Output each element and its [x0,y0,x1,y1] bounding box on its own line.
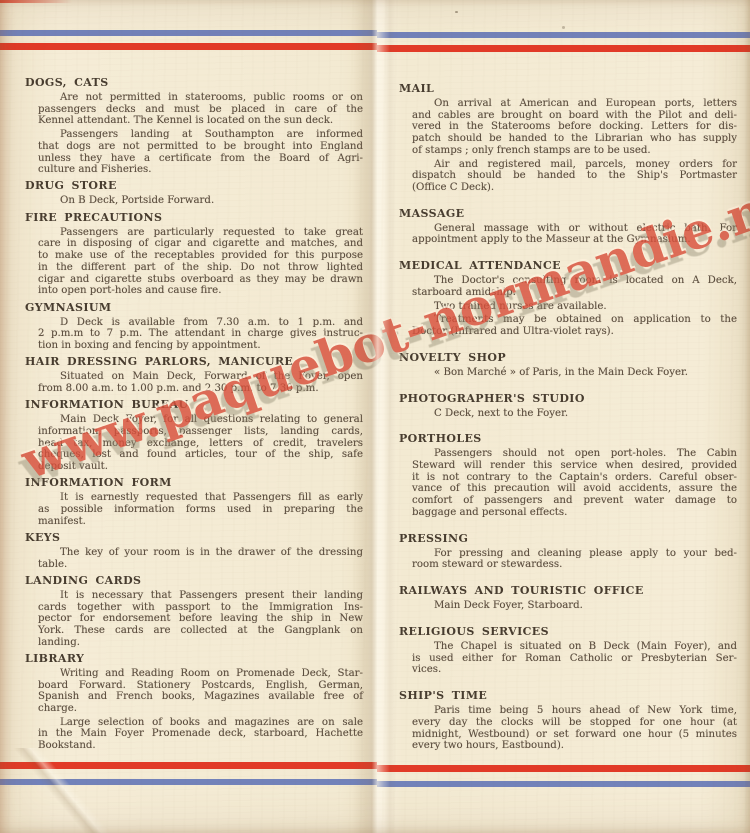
text-line: unless they have a certificate from the … [38,153,363,165]
paragraph: It is necessary that Passengers present … [38,590,363,649]
section-library: LIBRARYWriting and Reading Room on Prome… [25,652,363,752]
text-line: Large selection of books and magazines a… [38,717,363,729]
text-line: patch should be handed to the Librarian … [412,133,737,145]
section-heading: SHIP'S TIME [399,689,737,702]
section-heading: MAIL [399,82,737,95]
text-line: dispatch should be handed to the Ship's … [412,170,737,182]
text-line: in the different part of the ship. Do no… [38,262,363,274]
text-line: « Bon Marché » of Paris, in the Main Dec… [412,367,737,379]
scanned-brochure-page: DOGS, CATSAre not permitted in stateroom… [0,0,750,833]
section-dogs-cats: DOGS, CATSAre not permitted in stateroom… [25,76,363,176]
section-photographer-s-studio: PHOTOGRAPHER'S STUDIOC Deck, next to the… [399,392,737,420]
paragraph: Large selection of books and magazines a… [38,717,363,752]
section-heading: PHOTOGRAPHER'S STUDIO [399,392,737,405]
paragraph: The key of your room is in the drawer of… [38,547,363,570]
paragraph: Passengers are particularly requested to… [38,227,363,297]
paragraph: Passengers landing at Southampton are in… [38,129,363,176]
top-stripe-blue-right [377,32,750,38]
text-line: it is not contrary to the Captain's orde… [412,472,737,484]
text-line: Main Deck Foyer, Starboard. [412,600,737,612]
text-line: For pressing and cleaning please apply t… [412,548,737,560]
text-line: C Deck, next to the Foyer. [412,408,737,420]
paragraph: On B Deck, Portside Forward. [38,195,363,207]
section-heading: RELIGIOUS SERVICES [399,625,737,638]
text-line: Writing and Reading Room on Promenade De… [38,668,363,680]
section-heading: PORTHOLES [399,432,737,445]
section-heading: DRUG STORE [25,179,363,192]
text-line: midnight, Westbound) or set forward one … [412,729,737,741]
section-railways-and-touristic-office: RAILWAYS AND TOURISTIC OFFICEMain Deck F… [399,584,737,612]
text-line: vered in the Staterooms before docking. … [412,121,737,133]
text-line: room steward or stewardess. [412,559,737,571]
text-line: baggage and personal effects. [412,507,737,519]
text-line: Air and registered mail, parcels, money … [412,159,737,171]
top-stripe-blue-left [0,30,377,36]
text-line: It is earnestly requested that Passenger… [38,492,363,504]
section-heading: DOGS, CATS [25,76,363,89]
bottom-stripe-blue-right [377,781,750,787]
paragraph: « Bon Marché » of Paris, in the Main Dec… [412,367,737,379]
text-line: of stamps ; only french stamps are to be… [412,145,737,157]
text-line: Are not permitted in staterooms, public … [38,92,363,104]
text-line: passengers decks and must be placed in c… [38,104,363,116]
text-line: Passengers should not open port-holes. T… [412,448,737,460]
text-line: table. [38,559,363,571]
text-line: Spanish and French books, Magazines avai… [38,691,363,703]
text-line: is used either for Roman Catholic or Pre… [412,653,737,665]
section-novelty-shop: NOVELTY SHOP« Bon Marché » of Paris, in … [399,351,737,379]
paragraph: Paris time being 5 hours ahead of New Yo… [412,705,737,752]
paragraph: Are not permitted in staterooms, public … [38,92,363,127]
text-line: The key of your room is in the drawer of… [38,547,363,559]
bottom-stripe-red-left [0,762,377,769]
section-heading: NOVELTY SHOP [399,351,737,364]
text-line: Passengers are particularly requested to… [38,227,363,239]
text-line: culture and Fisheries. [38,164,363,176]
text-line: vance of this precaution will avoid acci… [412,483,737,495]
text-line: D Deck is available from 7.30 a.m. to 1 … [38,317,363,329]
bottom-stripe-blue-left [0,779,377,785]
text-line: Paris time being 5 hours ahead of New Yo… [412,705,737,717]
section-pressing: PRESSINGFor pressing and cleaning please… [399,532,737,571]
text-line: that dogs are not permitted to be brough… [38,141,363,153]
section-ship-s-time: SHIP'S TIMEParis time being 5 hours ahea… [399,689,737,752]
text-line: pector for endorsement before leaving th… [38,613,363,625]
text-line: On arrival at American and European port… [412,98,737,110]
text-line: manifest. [38,516,363,528]
column-right: MAILOn arrival at American and European … [399,76,737,752]
section-heading: GYMNASIUM [25,301,363,314]
text-line: board Forward. Stationery Postcards, Eng… [38,680,363,692]
section-heading: LIBRARY [25,652,363,665]
text-line: Bookstand. [38,740,363,752]
section-heading: PRESSING [399,532,737,545]
text-line: care in disposing of cigar and cigarette… [38,238,363,250]
section-heading: LANDING CARDS [25,574,363,587]
top-stripe-red-right [377,45,750,52]
paragraph: Air and registered mail, parcels, money … [412,159,737,194]
paragraph: Main Deck Foyer, Starboard. [412,600,737,612]
section-heading: INFORMATION FORM [25,476,363,489]
section-heading: KEYS [25,531,363,544]
paragraph: Passengers should not open port-holes. T… [412,448,737,518]
section-keys: KEYSThe key of your room is in the drawe… [25,531,363,570]
paragraph: C Deck, next to the Foyer. [412,408,737,420]
text-line: in the Main Foyer Promenade deck, starbo… [38,728,363,740]
paragraph: On arrival at American and European port… [412,98,737,157]
text-line: and cables are brought on board with the… [412,110,737,122]
paragraph: For pressing and cleaning please apply t… [412,548,737,571]
text-line: as possible information forms used in pr… [38,504,363,516]
section-heading: FIRE PRECAUTIONS [25,211,363,224]
paragraph: It is earnestly requested that Passenger… [38,492,363,527]
text-line: Passengers landing at Southampton are in… [38,129,363,141]
text-line: The Chapel is situated on B Deck (Main F… [412,641,737,653]
section-drug-store: DRUG STOREOn B Deck, Portside Forward. [25,179,363,207]
text-line: (Office C Deck). [412,182,737,194]
text-line: vices. [412,664,737,676]
text-line: Kennel attendant. The Kennel is located … [38,115,363,127]
text-line: into open port-holes and cause fire. [38,285,363,297]
text-line: York. These cards are collected at the G… [38,625,363,637]
scan-speck [562,26,565,29]
corner-mark [0,0,72,3]
text-line: every day the clocks will be stopped for… [412,717,737,729]
text-line: It is necessary that Passengers present … [38,590,363,602]
section-heading: RAILWAYS AND TOURISTIC OFFICE [399,584,737,597]
paragraph: The Chapel is situated on B Deck (Main F… [412,641,737,676]
text-line: to make use of the receptables provided … [38,250,363,262]
section-information-form: INFORMATION FORMIt is earnestly requeste… [25,476,363,527]
section-landing-cards: LANDING CARDSIt is necessary that Passen… [25,574,363,649]
text-line: comfort of passengers and prevent water … [412,495,737,507]
text-line: Steward will render this service when de… [412,460,737,472]
bottom-left-crease [0,748,120,833]
top-stripe-red-left [0,43,377,50]
text-line: landing. [38,637,363,649]
text-line: On B Deck, Portside Forward. [38,195,363,207]
section-portholes: PORTHOLESPassengers should not open port… [399,432,737,518]
bottom-stripe-red-right [377,765,750,772]
section-mail: MAILOn arrival at American and European … [399,82,737,194]
section-religious-services: RELIGIOUS SERVICESThe Chapel is situated… [399,625,737,676]
paragraph: Writing and Reading Room on Promenade De… [38,668,363,715]
section-fire-precautions: FIRE PRECAUTIONSPassengers are particula… [25,211,363,297]
text-line: cards together with passport to the Immi… [38,602,363,614]
text-line: every two hours, Eastbound). [412,740,737,752]
text-line: charge. [38,703,363,715]
text-line: cigar and cigarette stubs overboard as t… [38,274,363,286]
scan-speck [455,11,458,13]
